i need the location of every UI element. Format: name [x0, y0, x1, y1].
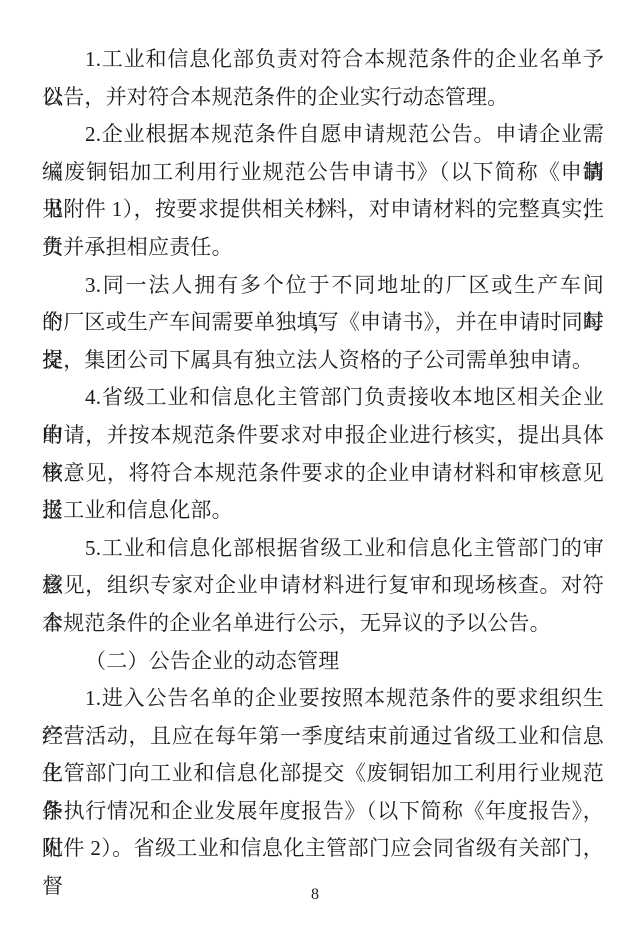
text-line: 1.工业和信息化部负责对符合本规范条件的企业名单予以 [42, 41, 604, 79]
text-line: 件执行情况和企业发展年度报告》（以下简称《年度报告》，见 [42, 793, 604, 831]
text-line: 核意见，将符合本规范条件要求的企业申请材料和审核意见报 [42, 455, 604, 493]
text-line: 3.同一法人拥有多个位于不同地址的厂区或生产车间的，每 [42, 267, 604, 305]
text-line: 附件 2）。省级工业和信息化主管部门应会同省级有关部门，督 [42, 830, 604, 868]
text-line: 经营活动，且应在每年第一季度结束前通过省级工业和信息化 [42, 718, 604, 756]
text-line: 见附件 1），按要求提供相关材料，对申请材料的完整真实性负 [42, 191, 604, 229]
text-line: 2.企业根据本规范条件自愿申请规范公告。申请企业需编制 [42, 116, 604, 154]
text-line: 4.省级工业和信息化主管部门负责接收本地区相关企业的 [42, 379, 604, 417]
text-line: 意见，组织专家对企业申请材料进行复审和现场核查。对符合 [42, 567, 604, 605]
text-line: 《废铜铝加工利用行业规范公告申请书》（以下简称《申请书》， [42, 154, 604, 192]
text-line: 责并承担相应责任。 [42, 229, 604, 267]
text-line: 申请，并按本规范条件要求对申报企业进行核实，提出具体审 [42, 417, 604, 455]
section-heading: （二）公告企业的动态管理 [42, 643, 604, 681]
text-line: 公告，并对符合本规范条件的企业实行动态管理。 [42, 79, 604, 117]
text-line: 本规范条件的企业名单进行公示，无异议的予以公告。 [42, 605, 604, 643]
text-line: 5.工业和信息化部根据省级工业和信息化主管部门的审核 [42, 530, 604, 568]
text-line: 交，集团公司下属具有独立法人资格的子公司需单独申请。 [42, 342, 604, 380]
text-line: 个厂区或生产车间需要单独填写《申请书》，并在申请时同时提 [42, 304, 604, 342]
text-block: 1.工业和信息化部负责对符合本规范条件的企业名单予以 公告，并对符合本规范条件的… [42, 41, 604, 868]
text-line: 主管部门向工业和信息化部提交《废铜铝加工利用行业规范条 [42, 755, 604, 793]
document-page: 1.工业和信息化部负责对符合本规范条件的企业名单予以 公告，并对符合本规范条件的… [0, 0, 630, 925]
text-line: 1.进入公告名单的企业要按照本规范条件的要求组织生产 [42, 680, 604, 718]
page-number: 8 [0, 885, 630, 905]
text-line: 送工业和信息化部。 [42, 492, 604, 530]
